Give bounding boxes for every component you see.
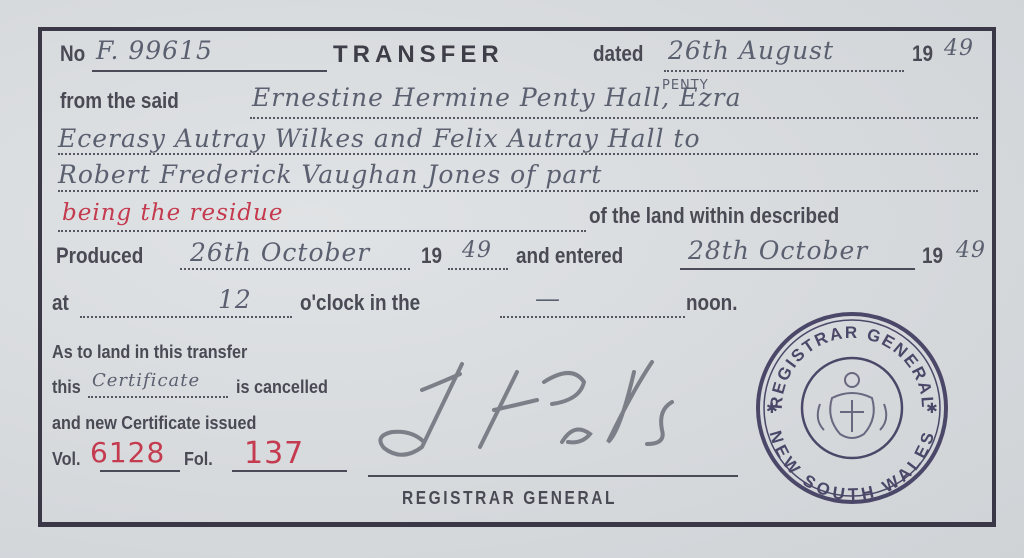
dated-label: dated [593,41,643,67]
produced-label: Produced [56,243,143,269]
entered-underline [680,268,915,270]
svg-text:NEW SOUTH WALES: NEW SOUTH WALES [766,428,939,504]
dated-year-prefix: 19 [912,41,933,67]
parties-line-2: Ecerasy Autray Wilkes and Felix Autray H… [58,124,701,153]
entered-year-prefix: 19 [922,243,943,269]
number-underline [92,70,327,72]
cert-line-2-value: Certificate [92,370,200,391]
vol-label: Vol. [52,449,81,470]
registrar-signature: J. Wells [362,352,682,462]
produced-value: 26th October [190,238,370,267]
dated-underline [664,70,904,72]
cert-underline [88,396,228,398]
dated-year-suffix: 49 [944,36,974,61]
cert-line-3: and new Certificate issued [52,413,256,434]
transfer-title: TRANSFER [333,41,504,69]
svg-text:✱: ✱ [926,401,938,417]
produced-underline [180,268,410,270]
entered-value: 28th October [688,236,868,265]
noon-value: — [535,284,561,313]
time-value: 12 [218,285,252,314]
fol-underline [232,470,347,472]
registrar-general-seal: REGISTRAR GENERAL NEW SOUTH WALES ✱ ✱ [752,308,952,508]
time-underline [80,316,292,318]
noon-label: noon. [686,290,737,316]
number-value: F. 99615 [96,36,213,65]
at-label: at [52,290,69,316]
from-label: from the said [60,88,179,114]
fol-value: 137 [244,436,304,471]
oclock-label: o'clock in the [300,290,420,316]
signature-line [368,475,738,477]
land-label: of the land within described [589,203,839,229]
parties-underline-3 [58,190,978,192]
vol-value: 6128 [90,436,165,469]
produced-year-underline [448,268,508,270]
cert-line-1: As to land in this transfer [52,342,247,363]
vol-underline [100,470,180,472]
svg-text:J. Wells: J. Wells [512,352,568,356]
number-label: No [60,41,85,67]
parties-line-1: Ernestine Hermine Penty Hall, Ezra [252,83,741,112]
entered-year-suffix: 49 [956,238,986,263]
cert-line-2-prefix: this [52,377,81,398]
produced-year-suffix: 49 [462,238,492,263]
dated-value: 26th August [668,36,834,65]
residue-underline [58,230,586,232]
entered-label: and entered [516,243,623,269]
cert-line-2-suffix: is cancelled [236,377,328,398]
parties-line-3: Robert Frederick Vaughan Jones of part [58,160,602,189]
noon-underline [500,316,685,318]
signatory-title: REGISTRAR GENERAL [402,488,617,509]
fol-label: Fol. [184,449,213,470]
produced-year-prefix: 19 [421,243,442,269]
residue-note: being the residue [62,200,283,226]
parties-underline-1 [250,117,978,119]
parties-underline-2 [58,153,978,155]
svg-text:✱: ✱ [766,401,778,417]
